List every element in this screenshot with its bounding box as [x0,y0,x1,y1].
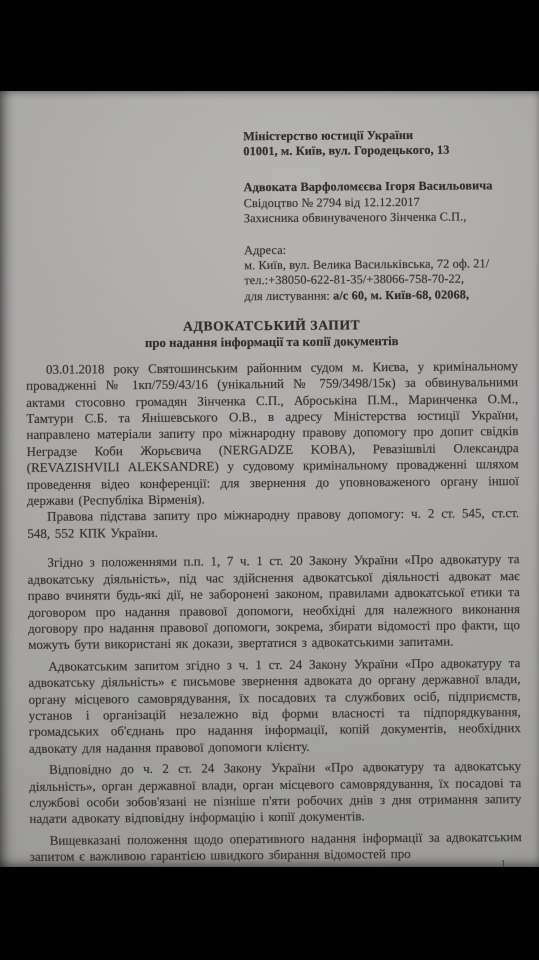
page-number: 1 [501,858,507,867]
ministry-block: Міністерство юстиції України 01001, м. К… [243,127,516,160]
paragraph-legal-basis: Правова підстава запиту про міжнародну п… [27,506,519,543]
address-block: Адреса: м. Київ, вул. Велика Васильківсь… [244,241,517,304]
document-content: Міністерство юстиції України 01001, м. К… [24,127,522,865]
document-page: Міністерство юстиції України 01001, м. К… [0,91,539,867]
paragraph-closing: Вищевказані положення щодо оперативного … [30,829,522,866]
top-letterbox-bar [0,0,539,91]
body-text: 03.01.2018 року Святошинським районним с… [26,358,522,866]
address-street: м. Київ, вул. Велика Васильківська, 72 о… [244,256,517,273]
advocate-block: Адвоката Варфоломєєва Ігоря Васильовича … [244,178,517,226]
advocate-name: Адвоката Варфоломєєва Ігоря Васильовича [244,178,517,195]
title-block: АДВОКАТСЬКИЙ ЗАПИТ про надання інформаці… [26,315,518,353]
ministry-address: 01001, м. Київ, вул. Городецького, 13 [243,142,516,159]
photo-viewport: Міністерство юстиції України 01001, м. К… [0,0,539,960]
document-subtitle: про надання інформації та копії документ… [26,332,518,353]
recipient-block: Міністерство юстиції України 01001, м. К… [243,127,517,304]
defender-line: Захисника обвинуваченого Зінченка С.П., [244,209,517,226]
paragraph-law-art24-p1: Адвокатським запитом згідно з ч. 1 ст. 2… [28,655,521,757]
address-mailing-prefix: для листування: [244,288,333,303]
bottom-letterbox-bar [0,867,539,960]
paragraph-law-art20: Згідно з положеннями п.п. 1, 7 ч. 1 ст. … [27,551,520,653]
paragraph-intro: 03.01.2018 року Святошинським районним с… [26,358,519,510]
address-mailing: для листування: а/с 60, м. Київ-68, 0206… [244,287,517,304]
address-mailing-box: а/с 60, м. Київ-68, 02068, [333,287,469,302]
paragraph-law-art24-p2: Відповідно до ч. 2 ст. 24 Закону України… [29,758,522,827]
